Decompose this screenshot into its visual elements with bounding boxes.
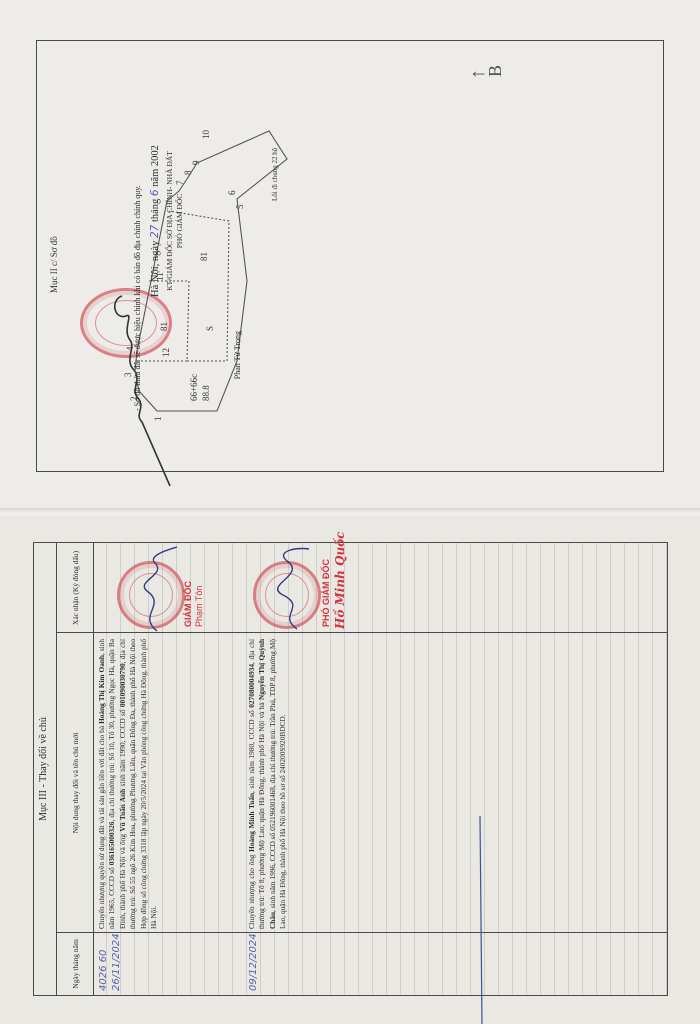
- confirm-title: PHÓ GIÁM ĐỐC: [321, 559, 331, 627]
- svg-text:81: 81: [199, 252, 209, 261]
- svg-text:9: 9: [191, 160, 201, 165]
- place-date: Hà Nội, ngày 27 tháng 6 năm 2002: [149, 71, 161, 371]
- entry-date: 09/12/2024: [247, 935, 260, 991]
- sketch-note: - Sơ đồ thửa đất sẽ được hiệu chỉnh khi …: [133, 185, 142, 411]
- svg-text:66+66c: 66+66c: [189, 374, 199, 401]
- ownership-change-table: Ngày tháng năm Nội dung thay đổi và tên …: [56, 543, 668, 995]
- svg-text:10: 10: [201, 130, 211, 140]
- authority: KT/GIÁM ĐỐC SỞ ĐỊA CHÍNH- NHÀ ĐẤT: [165, 71, 174, 371]
- svg-text:8: 8: [183, 170, 193, 175]
- svg-text:Lối đi chung 22 hộ: Lối đi chung 22 hộ: [271, 147, 279, 201]
- north-label: B: [485, 65, 506, 77]
- section-title: Mục III - Thay đổi về chủ: [38, 543, 49, 995]
- section-iii-page: Mục III - Thay đổi về chủ Ngày tháng năm…: [34, 543, 667, 995]
- entry-content: Chuyển nhượng quyền sử dụng đất và tài s…: [97, 639, 159, 929]
- confirm-signer: Phạm Tôn: [194, 586, 204, 627]
- pen-stroke: [470, 816, 490, 1024]
- page-section-iii: Mục III - Thay đổi về chủ Ngày tháng năm…: [0, 516, 700, 1024]
- confirm-title: GIÁM ĐỐC: [183, 581, 193, 627]
- signature-icon: [257, 545, 317, 635]
- section-ii-page: Mục II c/ Sơ đồ 1234 5678 9101112 S 81 8…: [37, 41, 663, 471]
- section-title: Mục II c/ Sơ đồ: [49, 236, 59, 293]
- entry-content: Chuyển nhượng cho ông Hoàng Minh Tuấn, s…: [247, 639, 289, 929]
- svg-text:S: S: [205, 326, 215, 331]
- confirm-signer: Hồ Minh Quốc: [333, 532, 347, 629]
- entry-date: 4026 60 26/11/2024: [97, 935, 123, 991]
- page-section-ii: Mục II c/ Sơ đồ 1234 5678 9101112 S 81 8…: [0, 0, 700, 516]
- header-content: Nội dung thay đổi và tên chủ mới: [57, 633, 94, 933]
- position: PHÓ GIÁM ĐỐC: [175, 71, 184, 371]
- signature-icon: [127, 545, 187, 635]
- svg-text:6: 6: [227, 190, 237, 195]
- svg-text:1: 1: [153, 417, 163, 422]
- svg-text:5: 5: [235, 204, 245, 209]
- signer-name: Phan Tử Trọng: [233, 331, 242, 511]
- column-divider: [57, 932, 668, 933]
- header-confirm: Xác nhận (Ký đóng dấu): [57, 543, 94, 633]
- header-date: Ngày tháng năm: [57, 933, 94, 995]
- svg-text:88.8: 88.8: [201, 385, 211, 401]
- svg-text:3: 3: [123, 372, 133, 377]
